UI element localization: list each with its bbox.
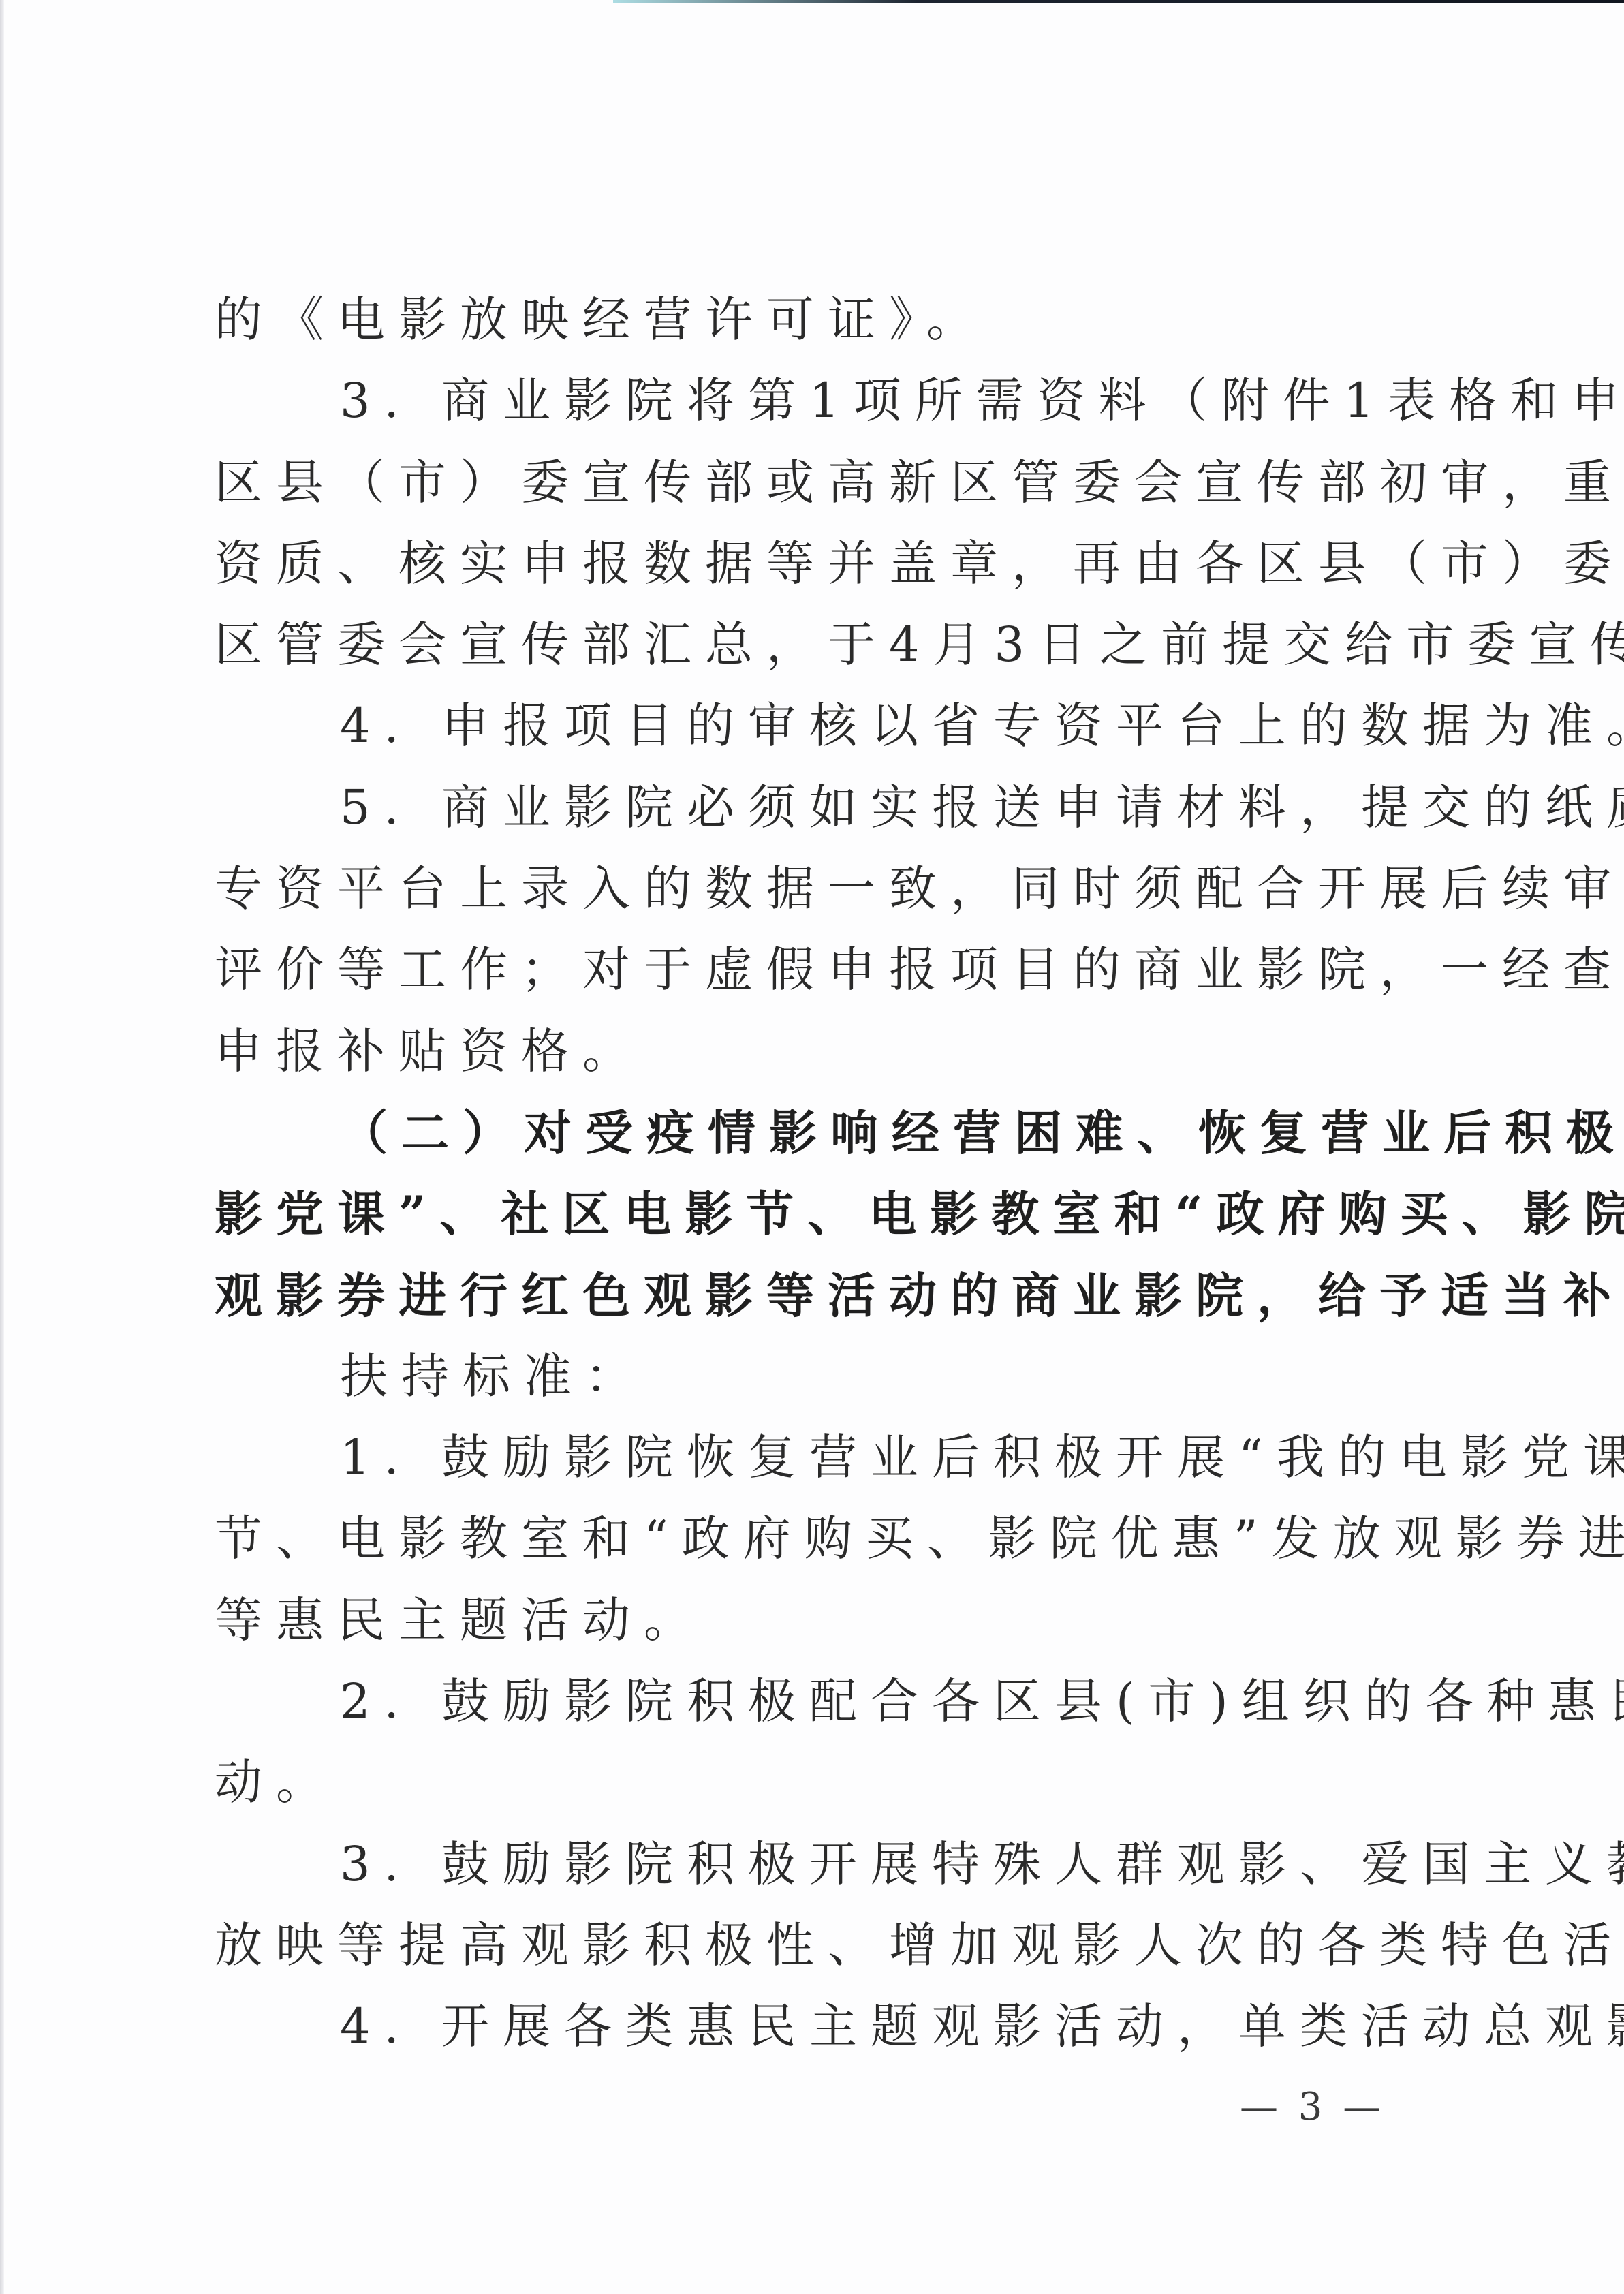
section-heading-2-cont: 观影券进行红色观影等活动的商业影院，给予适当补贴。 bbox=[215, 1255, 1414, 1336]
section-heading-2: （二）对受疫情影响经营困难、恢复营业后积极开展“我的电 bbox=[215, 1092, 1414, 1173]
list-item-4-line: 4. 申报项目的审核以省专资平台上的数据为准。 bbox=[215, 685, 1414, 766]
standard-item-4-line: 4. 开展各类惠民主题观影活动，单类活动总观影人次达到500 bbox=[215, 1986, 1414, 2067]
list-item-3-line: 3. 商业影院将第1项所需资料（附件1表格和申请书）提交各 bbox=[215, 360, 1414, 441]
text-line: 放映等提高观影积极性、增加观影人次的各类特色活动。 bbox=[215, 1905, 1414, 1986]
text-line: 区县（市）委宣传部或高新区管委会宣传部初审，重点审核电影院 bbox=[215, 442, 1414, 523]
page-number: — 3 — bbox=[1240, 2085, 1385, 2129]
text-line: 动。 bbox=[215, 1742, 1414, 1823]
scan-edge-top bbox=[613, 0, 1624, 3]
section-heading-2-cont: 影党课”、社区电影节、电影教室和“政府购买、影院优惠”发放 bbox=[215, 1173, 1414, 1254]
text-line: 申报补贴资格。 bbox=[215, 1011, 1414, 1092]
scan-edge-left bbox=[0, 0, 4, 2294]
text-line: 区管委会宣传部汇总，于4月3日之前提交给市委宣传部电影处。 bbox=[215, 604, 1414, 685]
text-line: 资质、核实申报数据等并盖章，再由各区县（市）委宣传部和高新 bbox=[215, 523, 1414, 604]
text-line: 专资平台上录入的数据一致，同时须配合开展后续审计检查、绩效 bbox=[215, 848, 1414, 929]
standard-item-1-line: 1. 鼓励影院恢复营业后积极开展“我的电影党课”、社区电影 bbox=[215, 1417, 1414, 1498]
standard-item-2-line: 2. 鼓励影院积极配合各区县(市)组织的各种惠民主题观影活 bbox=[215, 1661, 1414, 1742]
text-line: 等惠民主题活动。 bbox=[215, 1580, 1414, 1661]
document-body: 的《电影放映经营许可证》。 3. 商业影院将第1项所需资料（附件1表格和申请书）… bbox=[215, 279, 1414, 2068]
text-line: 节、电影教室和“政府购买、影院优惠”发放观影券进行红色观影 bbox=[215, 1498, 1414, 1579]
text-line: 的《电影放映经营许可证》。 bbox=[215, 279, 1414, 360]
standard-item-3-line: 3. 鼓励影院积极开展特殊人群观影、爱国主义教育专题电影 bbox=[215, 1824, 1414, 1905]
text-line: 评价等工作；对于虚假申报项目的商业影院，一经查实，永久取消 bbox=[215, 929, 1414, 1010]
support-standard-label: 扶持标准： bbox=[215, 1336, 1414, 1417]
list-item-5-line: 5. 商业影院必须如实报送申请材料，提交的纸质材料须与省 bbox=[215, 767, 1414, 848]
